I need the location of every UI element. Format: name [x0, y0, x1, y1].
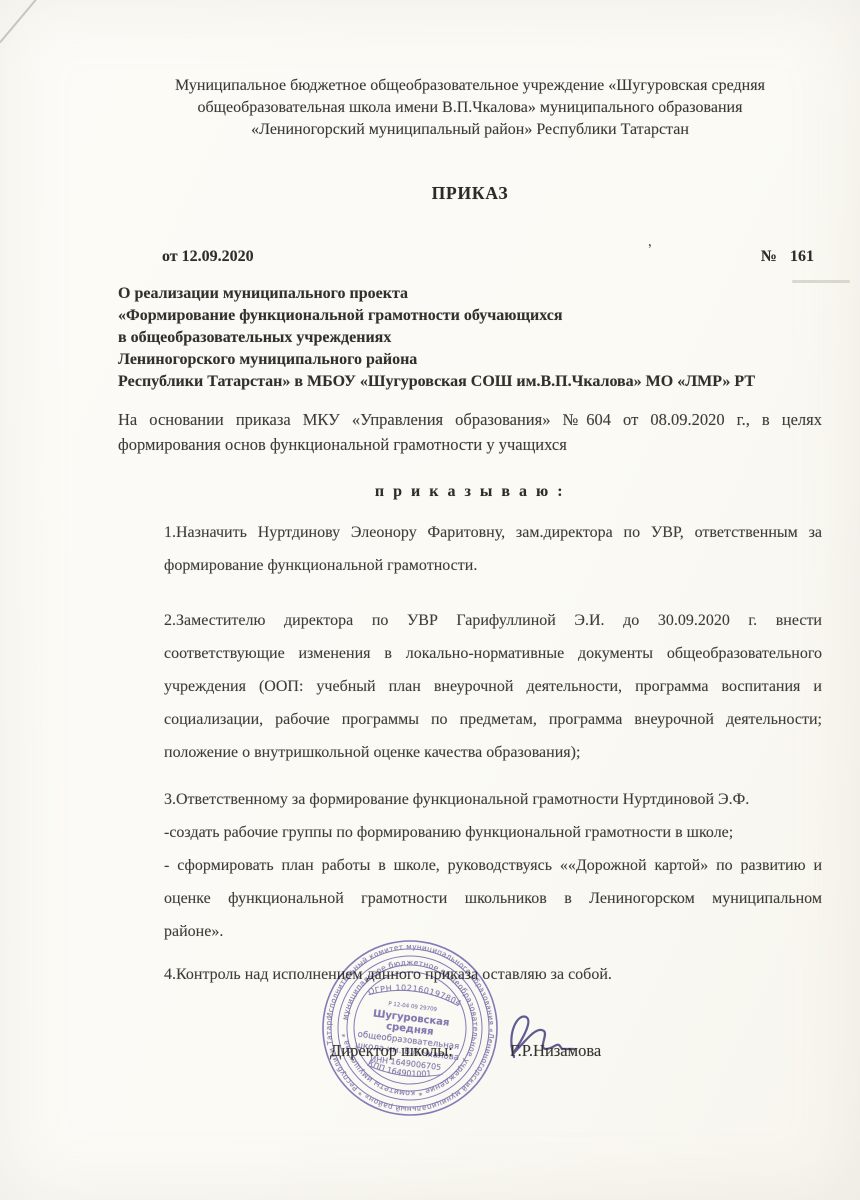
- order-item-line: положение о внутришкольной оценке качест…: [164, 736, 822, 769]
- subject-line: Республики Татарстан» в МБОУ «Шугуровска…: [118, 371, 822, 393]
- order-item-line: 2.Заместителю директора по УВР Гарифулли…: [164, 604, 822, 637]
- subject-line: Лениногорского муниципального района: [118, 349, 822, 371]
- subject-line: в общеобразовательных учреждениях: [118, 327, 822, 349]
- order-item-line: формирование функциональной грамотности.: [164, 549, 822, 582]
- resolution-word: п р и к а з ы в а ю :: [118, 483, 822, 501]
- order-date: от 12.09.2020: [162, 248, 254, 266]
- organization-name: Муниципальное бюджетное общеобразователь…: [118, 75, 822, 141]
- document-content: Муниципальное бюджетное общеобразователь…: [118, 0, 822, 1093]
- subject-line: О реализации муниципального проекта: [118, 283, 822, 305]
- order-item-line: - сформировать план работы в школе, руко…: [164, 849, 822, 882]
- order-item-line: 1.Назначить Нуртдинову Элеонору Фаритовн…: [164, 516, 822, 549]
- order-item-line: учреждения (ООП: учебный план внеурочной…: [164, 670, 822, 703]
- order-meta: от 12.09.2020 № 161: [118, 248, 822, 266]
- org-name-line: Муниципальное бюджетное общеобразователь…: [118, 75, 822, 97]
- scan-corner-line: [0, 0, 37, 43]
- order-item-2: 2.Заместителю директора по УВР Гарифулли…: [164, 604, 822, 769]
- org-name-line: «Лениногорский муниципальный район» Респ…: [118, 119, 822, 141]
- order-subject: О реализации муниципального проекта «Фор…: [118, 283, 822, 393]
- subject-line: «Формирование функциональной грамотности…: [118, 305, 822, 327]
- org-name-line: общеобразовательная школа имени В.П.Чкал…: [118, 97, 822, 119]
- scanned-page: ’ Муниципальное бюджетное общеобразовате…: [0, 0, 860, 1200]
- preamble-line: На основании приказа МКУ «Управления обр…: [118, 407, 822, 432]
- signature-row: Директор школы: Г.Р.Низамова Исполнитель…: [118, 1033, 822, 1093]
- preamble-line: формирования основ функциональной грамот…: [118, 432, 822, 457]
- order-item-line: 3.Ответственному за формирование функцио…: [164, 783, 822, 816]
- order-item-line: -создать рабочие группы по формированию …: [164, 816, 822, 849]
- order-item-3: 3.Ответственному за формирование функцио…: [164, 783, 822, 948]
- order-preamble: На основании приказа МКУ «Управления обр…: [118, 407, 822, 457]
- order-number: № 161: [761, 248, 814, 266]
- order-item-line: социализации, рабочие программы по предм…: [164, 703, 822, 736]
- order-item-1: 1.Назначить Нуртдинову Элеонору Фаритовн…: [164, 516, 822, 582]
- document-title: ПРИКАЗ: [118, 183, 822, 204]
- order-item-line: соответствующие изменения в локально-нор…: [164, 637, 822, 670]
- signee-name: Г.Р.Низамова: [510, 1041, 601, 1061]
- order-item-line: оценке функциональной грамотности школьн…: [164, 882, 822, 915]
- official-stamp: Исполнительный комитет муниципального об…: [310, 928, 510, 1128]
